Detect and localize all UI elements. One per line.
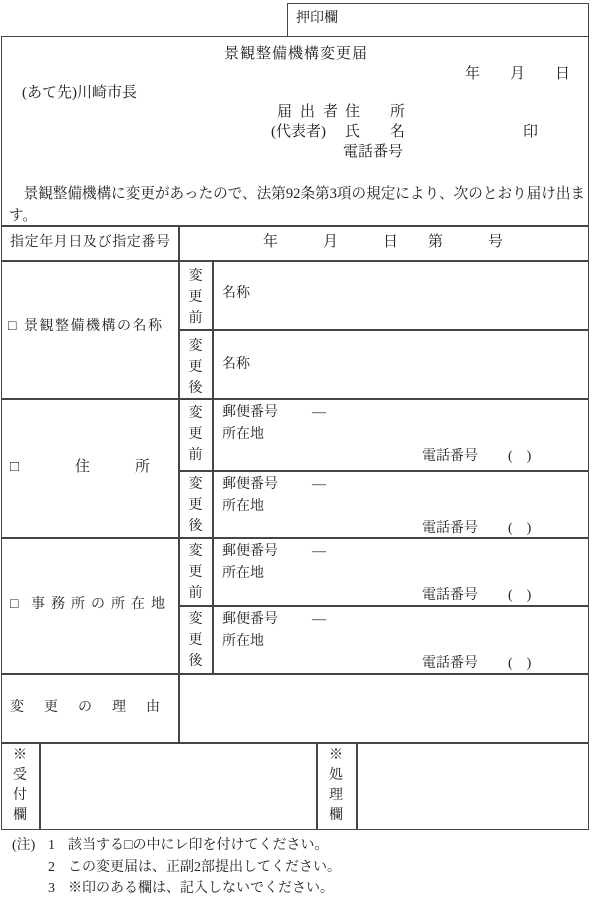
office-section-checkbox[interactable]: □	[10, 597, 18, 613]
location-label: 所在地	[222, 427, 264, 443]
seal-mark: 印	[523, 124, 538, 141]
note-text: この変更届は、正副2部提出してください。	[68, 860, 341, 876]
name-section-label: 景観整備機構の名称	[24, 319, 164, 335]
office-after-cell: 郵便番号 ― 所在地 電話番号 ( )	[212, 605, 590, 673]
address-after-side-label: 変更後	[188, 474, 203, 537]
applicant-name-field: 氏 名	[345, 124, 405, 141]
note-number: 2	[48, 860, 55, 876]
note-text: ※印のある欄は、記入しないでください。	[68, 881, 334, 897]
location-label: 所在地	[222, 634, 264, 650]
addressee: (あて先)川崎市長	[22, 85, 137, 102]
table-line	[1, 673, 589, 675]
header-date-line: 年 月 日	[465, 66, 570, 83]
postal-label: 郵便番号	[222, 612, 278, 628]
table-line	[1, 225, 589, 227]
representative-label: (代表者)	[271, 124, 326, 141]
location-label: 所在地	[222, 499, 264, 515]
office-section-label: 事務所の所在地	[31, 597, 171, 613]
postal-label: 郵便番号	[222, 544, 278, 560]
postal-label: 郵便番号	[222, 477, 278, 493]
phone-label: 電話番号	[422, 656, 478, 672]
postal-dash: ―	[312, 477, 326, 493]
address-before-cell: 郵便番号 ― 所在地 電話番号 ( )	[212, 398, 590, 466]
note-number: 1	[48, 838, 55, 854]
seal-box-label: 押印欄	[296, 11, 338, 27]
address-section-label: 住 所	[75, 459, 150, 476]
office-after-side-label: 変更後	[188, 609, 203, 672]
name-before-side-label: 変更前	[188, 266, 203, 329]
postal-dash: ―	[312, 405, 326, 421]
notes-prefix: (注)	[12, 838, 35, 854]
body-text-line1: 景観整備機構に変更があったので、法第92条第3項の規定により、次のとおり届け出ま	[9, 186, 585, 203]
form-title: 景観整備機構変更届	[0, 46, 592, 63]
table-line	[178, 225, 180, 742]
name-before-field-label: 名称	[222, 286, 250, 302]
postal-dash: ―	[312, 544, 326, 560]
designation-value: 年 月 日 第 号	[263, 234, 503, 251]
phone-value: ( )	[508, 656, 531, 672]
table-line	[1, 742, 589, 744]
address-before-side-label: 変更前	[188, 403, 203, 466]
table-line	[178, 329, 589, 331]
processing-column-label: ※処理欄	[328, 746, 344, 826]
phone-label: 電話番号	[422, 588, 478, 604]
phone-label: 電話番号	[422, 449, 478, 465]
phone-label: 電話番号	[422, 521, 478, 537]
name-after-side-label: 変更後	[188, 336, 203, 399]
form-page: 押印欄 景観整備機構変更届 年 月 日 (あて先)川崎市長 届出者 住 所 (代…	[0, 0, 592, 897]
address-after-cell: 郵便番号 ― 所在地 電話番号 ( )	[212, 470, 590, 537]
phone-value: ( )	[508, 588, 531, 604]
phone-value: ( )	[508, 521, 531, 537]
note-text: 該当する□の中にレ印を付けてください。	[68, 838, 328, 854]
address-section-checkbox[interactable]: □	[10, 459, 19, 476]
reason-label: 変更の理由	[10, 700, 180, 716]
table-line	[39, 742, 41, 830]
office-before-side-label: 変更前	[188, 541, 203, 604]
receipt-column-label: ※受付欄	[12, 746, 28, 826]
location-label: 所在地	[222, 566, 264, 582]
applicant-address-field: 住 所	[345, 104, 405, 121]
body-text-line2: す。	[9, 208, 37, 225]
table-line	[356, 742, 358, 830]
postal-dash: ―	[312, 612, 326, 628]
applicant-phone-field: 電話番号	[343, 144, 403, 161]
postal-label: 郵便番号	[222, 405, 278, 421]
phone-value: ( )	[508, 449, 531, 465]
designation-label: 指定年月日及び指定番号	[10, 235, 171, 251]
table-line	[1, 260, 589, 262]
applicant-label: 届出者	[277, 104, 346, 121]
note-number: 3	[48, 881, 55, 897]
name-after-field-label: 名称	[222, 357, 250, 373]
table-line	[316, 742, 318, 830]
name-section-checkbox[interactable]: □	[8, 319, 16, 335]
office-before-cell: 郵便番号 ― 所在地 電話番号 ( )	[212, 537, 590, 605]
